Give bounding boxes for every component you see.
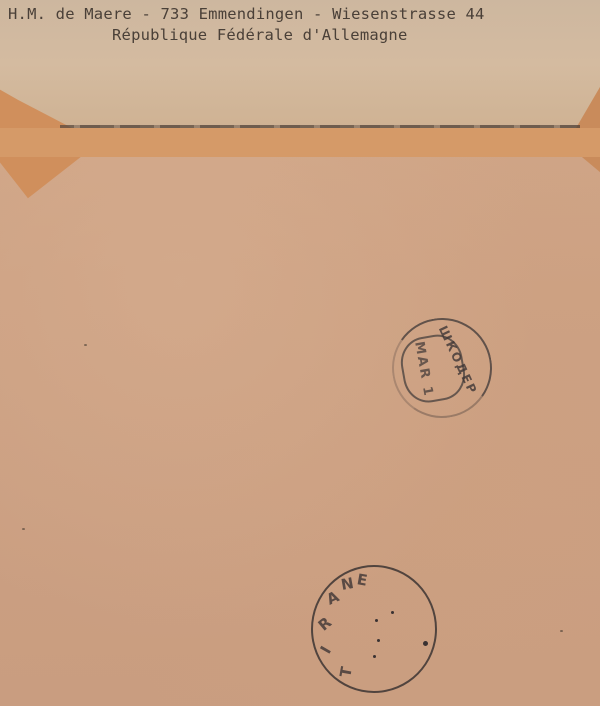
paper-speck bbox=[84, 344, 87, 346]
postmark-letter: I bbox=[317, 643, 335, 657]
postmark-dot bbox=[391, 611, 394, 614]
postmark-dot bbox=[373, 655, 376, 658]
postmark-tirane: T I R A N E bbox=[311, 565, 437, 693]
paper-speck bbox=[22, 528, 25, 530]
envelope-back: H.M. de Maere - 733 Emmendingen - Wiesen… bbox=[0, 0, 600, 706]
flap-edge bbox=[60, 125, 580, 128]
paper-speck bbox=[560, 630, 563, 632]
postmark-upper: ШКОДЕР MAR 1 bbox=[384, 310, 500, 426]
postmark-letter: R bbox=[315, 613, 335, 634]
flap-tape-lower bbox=[0, 128, 600, 157]
postmark-dot bbox=[375, 619, 378, 622]
postmark-dot bbox=[423, 641, 428, 646]
postmark-dot bbox=[377, 639, 380, 642]
return-address-line1: H.M. de Maere - 733 Emmendingen - Wiesen… bbox=[8, 5, 485, 23]
postmark-letter: E bbox=[356, 570, 369, 590]
postmark-letter: N bbox=[340, 574, 355, 594]
postmark-letter: A bbox=[324, 587, 342, 608]
postmark-letter: T bbox=[336, 665, 356, 678]
return-address-line2: République Fédérale d'Allemagne bbox=[112, 26, 408, 44]
